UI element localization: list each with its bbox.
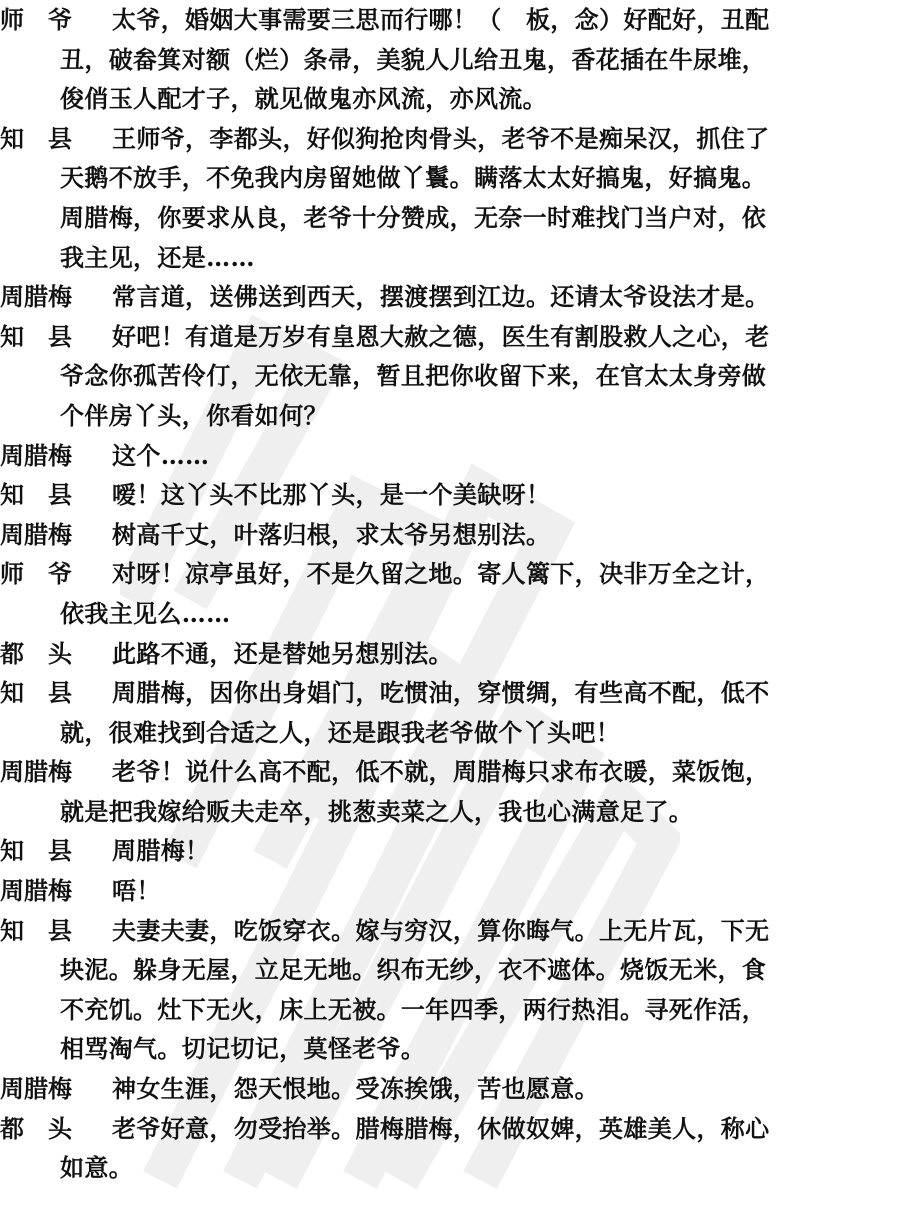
- dialogue-text: 周腊梅！: [0, 831, 870, 871]
- dialogue-line: 王师爷，李都头，好似狗抢肉骨头，老爷不是痴呆汉，抓住了: [112, 119, 870, 159]
- dialogue-entry: 都 头老爷好意，勿受抬举。腊梅腊梅，休做奴婢，英雄美人，称心如意。: [0, 1109, 900, 1188]
- dialogue-continuation-line: 周腊梅，你要求从良，老爷十分赞成，无奈一时难找门当户对，依: [60, 198, 870, 238]
- dialogue-text: 这个……: [0, 436, 870, 476]
- dialogue-entry: 周腊梅唔！: [0, 871, 900, 911]
- dialogue-text: 老爷！说什么高不配，低不就，周腊梅只求布衣暖，菜饭饱，就是把我嫁给贩夫走卒，挑葱…: [0, 752, 870, 831]
- dialogue-text: 对呀！凉亭虽好，不是久留之地。寄人篱下，决非万全之计，依我主见么……: [0, 554, 870, 633]
- speaker-name: 知 县: [0, 317, 110, 357]
- dialogue-continuation-line: 相骂淘气。切记切记，莫怪老爷。: [60, 1029, 870, 1069]
- dialogue-text: 树高千丈，叶落归根，求太爷另想别法。: [0, 515, 870, 555]
- dialogue-line: 周腊梅！: [112, 831, 870, 871]
- speaker-name: 知 县: [0, 119, 110, 159]
- dialogue-entry: 周腊梅神女生涯，怨天恨地。受冻挨饿，苦也愿意。: [0, 1069, 900, 1109]
- dialogue-line: 老爷！说什么高不配，低不就，周腊梅只求布衣暖，菜饭饱，: [112, 752, 870, 792]
- speaker-name: 周腊梅: [0, 871, 110, 911]
- dialogue-entry: 知 县夫妻夫妻，吃饭穿衣。嫁与穷汉，算你晦气。上无片瓦，下无块泥。躲身无屋，立足…: [0, 911, 900, 1069]
- dialogue-line: 太爷，婚姻大事需要三思而行哪！（ 板，念）好配好，丑配: [112, 0, 870, 40]
- dialogue-entry: 周腊梅常言道，送佛送到西天，摆渡摆到江边。还请太爷设法才是。: [0, 277, 900, 317]
- dialogue-line: 周腊梅，因你出身娼门，吃惯油，穿惯绸，有些高不配，低不: [112, 673, 870, 713]
- dialogue-line: 这个……: [112, 436, 870, 476]
- dialogue-continuation-line: 我主见，还是……: [60, 238, 870, 278]
- dialogue-continuation-line: 个伴房丫头，你看如何？: [60, 396, 870, 436]
- dialogue-line: 嗳！这丫头不比那丫头，是一个美缺呀！: [112, 475, 870, 515]
- dialogue-continuation-line: 如意。: [60, 1148, 870, 1188]
- dialogue-text: 周腊梅，因你出身娼门，吃惯油，穿惯绸，有些高不配，低不就，很难找到合适之人，还是…: [0, 673, 870, 752]
- dialogue-text: 嗳！这丫头不比那丫头，是一个美缺呀！: [0, 475, 870, 515]
- dialogue-text: 老爷好意，勿受抬举。腊梅腊梅，休做奴婢，英雄美人，称心如意。: [0, 1109, 870, 1188]
- dialogue-continuation-line: 天鹅不放手，不免我内房留她做丫鬟。瞒落太太好搞鬼，好搞鬼。: [60, 158, 870, 198]
- speaker-name: 周腊梅: [0, 515, 110, 555]
- dialogue-continuation-line: 爷念你孤苦伶仃，无依无靠，暂且把你收留下来，在官太太身旁做: [60, 356, 870, 396]
- dialogue-line: 好吧！有道是万岁有皇恩大赦之德，医生有割股救人之心，老: [112, 317, 870, 357]
- dialogue-continuation-line: 块泥。躲身无屋，立足无地。织布无纱，衣不遮体。烧饭无米，食: [60, 950, 870, 990]
- dialogue-entry: 知 县好吧！有道是万岁有皇恩大赦之德，医生有割股救人之心，老爷念你孤苦伶仃，无依…: [0, 317, 900, 436]
- dialogue-line: 夫妻夫妻，吃饭穿衣。嫁与穷汉，算你晦气。上无片瓦，下无: [112, 911, 870, 951]
- dialogue-entry: 都 头此路不通，还是替她另想别法。: [0, 634, 900, 674]
- dialogue-line: 神女生涯，怨天恨地。受冻挨饿，苦也愿意。: [112, 1069, 870, 1109]
- dialogue-continuation-line: 依我主见么……: [60, 594, 870, 634]
- dialogue-text: 唔！: [0, 871, 870, 911]
- dialogue-line: 此路不通，还是替她另想别法。: [112, 634, 870, 674]
- speaker-name: 知 县: [0, 475, 110, 515]
- speaker-name: 知 县: [0, 673, 110, 713]
- dialogue-entry: 知 县嗳！这丫头不比那丫头，是一个美缺呀！: [0, 475, 900, 515]
- dialogue-text: 太爷，婚姻大事需要三思而行哪！（ 板，念）好配好，丑配丑，破畚箕对额（烂）条帚，…: [0, 0, 870, 119]
- script-page: 师 爷太爷，婚姻大事需要三思而行哪！（ 板，念）好配好，丑配丑，破畚箕对额（烂）…: [0, 0, 900, 1188]
- speaker-name: 师 爷: [0, 554, 110, 594]
- dialogue-line: 树高千丈，叶落归根，求太爷另想别法。: [112, 515, 870, 555]
- dialogue-continuation-line: 不充饥。灶下无火，床上无被。一年四季，两行热泪。寻死作活，: [60, 990, 870, 1030]
- dialogue-continuation-line: 丑，破畚箕对额（烂）条帚，美貌人儿给丑鬼，香花插在牛尿堆，: [60, 40, 870, 80]
- speaker-name: 周腊梅: [0, 436, 110, 476]
- dialogue-entry: 知 县王师爷，李都头，好似狗抢肉骨头，老爷不是痴呆汉，抓住了天鹅不放手，不免我内…: [0, 119, 900, 277]
- dialogue-line: 唔！: [112, 871, 870, 911]
- dialogue-entry: 师 爷太爷，婚姻大事需要三思而行哪！（ 板，念）好配好，丑配丑，破畚箕对额（烂）…: [0, 0, 900, 119]
- dialogue-text: 夫妻夫妻，吃饭穿衣。嫁与穷汉，算你晦气。上无片瓦，下无块泥。躲身无屋，立足无地。…: [0, 911, 870, 1069]
- dialogue-entry: 师 爷对呀！凉亭虽好，不是久留之地。寄人篱下，决非万全之计，依我主见么……: [0, 554, 900, 633]
- dialogue-entry: 知 县周腊梅！: [0, 831, 900, 871]
- dialogue-continuation-line: 就，很难找到合适之人，还是跟我老爷做个丫头吧！: [60, 713, 870, 753]
- dialogue-entry: 周腊梅这个……: [0, 436, 900, 476]
- dialogue-line: 常言道，送佛送到西天，摆渡摆到江边。还请太爷设法才是。: [112, 277, 870, 317]
- dialogue-continuation-line: 俊俏玉人配才子，就见做鬼亦风流，亦风流。: [60, 79, 870, 119]
- dialogue-text: 常言道，送佛送到西天，摆渡摆到江边。还请太爷设法才是。: [0, 277, 870, 317]
- dialogue-text: 好吧！有道是万岁有皇恩大赦之德，医生有割股救人之心，老爷念你孤苦伶仃，无依无靠，…: [0, 317, 870, 436]
- dialogue-entry: 周腊梅树高千丈，叶落归根，求太爷另想别法。: [0, 515, 900, 555]
- dialogue-entry: 知 县周腊梅，因你出身娼门，吃惯油，穿惯绸，有些高不配，低不就，很难找到合适之人…: [0, 673, 900, 752]
- dialogue-entry: 周腊梅老爷！说什么高不配，低不就，周腊梅只求布衣暖，菜饭饱，就是把我嫁给贩夫走卒…: [0, 752, 900, 831]
- dialogue-text: 此路不通，还是替她另想别法。: [0, 634, 870, 674]
- dialogue-text: 王师爷，李都头，好似狗抢肉骨头，老爷不是痴呆汉，抓住了天鹅不放手，不免我内房留她…: [0, 119, 870, 277]
- speaker-name: 知 县: [0, 831, 110, 871]
- dialogue-line: 老爷好意，勿受抬举。腊梅腊梅，休做奴婢，英雄美人，称心: [112, 1109, 870, 1149]
- dialogue-line: 对呀！凉亭虽好，不是久留之地。寄人篱下，决非万全之计，: [112, 554, 870, 594]
- dialogue-continuation-line: 就是把我嫁给贩夫走卒，挑葱卖菜之人，我也心满意足了。: [60, 792, 870, 832]
- speaker-name: 都 头: [0, 634, 110, 674]
- speaker-name: 知 县: [0, 911, 110, 951]
- speaker-name: 周腊梅: [0, 752, 110, 792]
- speaker-name: 周腊梅: [0, 1069, 110, 1109]
- dialogue-text: 神女生涯，怨天恨地。受冻挨饿，苦也愿意。: [0, 1069, 870, 1109]
- speaker-name: 周腊梅: [0, 277, 110, 317]
- speaker-name: 师 爷: [0, 0, 110, 40]
- speaker-name: 都 头: [0, 1109, 110, 1149]
